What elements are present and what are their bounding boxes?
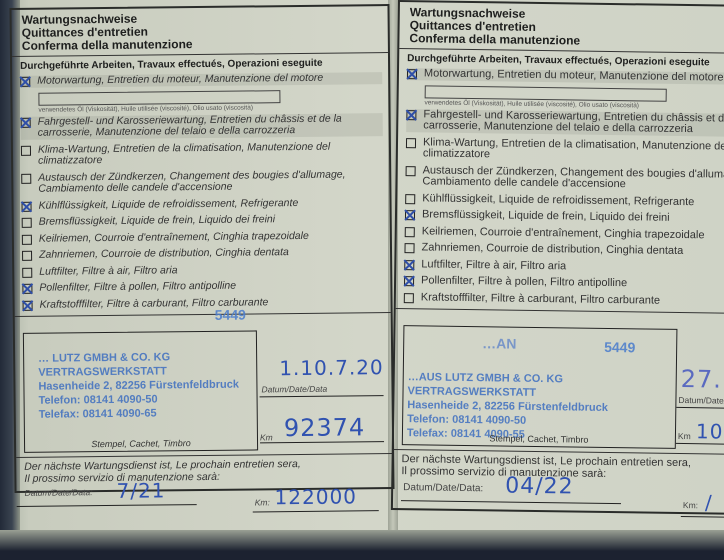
stamp-area: 5449 … LUTZ GMBH & CO. KG VERTRAGSWERKST…: [15, 312, 392, 457]
checked-checkbox[interactable]: [20, 77, 30, 87]
work-item: Kraftstofffilter, Filtre à carburant, Fi…: [23, 296, 385, 311]
stamp-caption: Stempel, Cachet, Timbro: [403, 432, 675, 446]
dealer-number: 5449: [215, 307, 246, 323]
checked-checkbox[interactable]: [21, 117, 31, 127]
next-km-value: /: [705, 490, 713, 514]
work-item-label: Luftfilter, Filtre à air, Filtro aria: [39, 265, 177, 278]
service-km-label: Km: [260, 432, 273, 442]
work-item-label: Fahrgestell- und Karosseriewartung, Entr…: [38, 113, 383, 140]
next-km-line: [681, 516, 724, 518]
work-item: Pollenfilter, Filtre à pollen, Filtro an…: [22, 279, 384, 294]
checkbox[interactable]: [406, 166, 416, 176]
checked-checkbox[interactable]: [23, 300, 33, 310]
work-item: Zahnriemen, Courroie de distribution, Ci…: [404, 242, 724, 258]
work-item-label: Bremsflüssigkeit, Liquide de frein, Liqu…: [422, 209, 670, 224]
work-item: Motorwartung, Entretien du moteur, Manut…: [407, 68, 724, 84]
next-date-label: Datum/Date/Data:: [403, 482, 483, 494]
stamp-header-fragment: …AN: [482, 335, 516, 351]
next-service: Der nächste Wartungsdienst ist, Le proch…: [16, 453, 393, 534]
next-service: Der nächste Wartungsdienst ist, Le proch…: [393, 449, 724, 531]
service-date-line: [676, 407, 724, 409]
next-date-value: 7/21: [116, 478, 165, 503]
work-item: Pollenfilter, Filtre à pollen, Filtro an…: [404, 275, 724, 291]
checkbox[interactable]: [406, 138, 416, 148]
stamp-line: Hasenheide 2, 82256 Fürstenfeldbruck: [38, 378, 239, 394]
checkbox[interactable]: [22, 267, 32, 277]
work-item: Klima-Wartung, Entretien de la climatisa…: [406, 137, 724, 165]
work-item-label: Austausch der Zündkerzen, Changement des…: [422, 165, 724, 193]
checkbox[interactable]: [404, 293, 414, 303]
work-item: Kühlflüssigkeit, Liquide de refroidissem…: [405, 193, 724, 209]
work-items: Motorwartung, Entretien du moteur, Manut…: [12, 72, 390, 311]
work-item: Keilriemen, Courroie d'entraînement, Cin…: [22, 230, 384, 245]
checked-checkbox[interactable]: [405, 210, 415, 220]
work-item: Austausch der Zündkerzen, Changement des…: [21, 169, 383, 196]
service-date-value: 1.10.7.20: [279, 355, 384, 380]
service-km-label: Km: [678, 431, 691, 441]
checked-checkbox[interactable]: [404, 260, 414, 270]
service-km-line: [676, 443, 724, 445]
stamp-box: … LUTZ GMBH & CO. KG VERTRAGSWERKSTATT H…: [23, 330, 258, 452]
stamp-area: …AN 5449 …AUS LUTZ GMBH & CO. KG VERTRAG…: [394, 308, 724, 454]
work-item-label: Kühlflüssigkeit, Liquide de refroidissem…: [38, 197, 298, 211]
work-item-label: Klima-Wartung, Entretien de la climatisa…: [423, 137, 724, 165]
work-item-label: Klima-Wartung, Entretien de la climatisa…: [38, 141, 383, 168]
work-item: Fahrgestell- und Karosseriewartung, Entr…: [21, 113, 383, 140]
next-km-line: [253, 510, 379, 512]
maintenance-record-left: Wartungsnachweise Quittances d'entretien…: [9, 4, 394, 493]
work-item-label: Fahrgestell- und Karosseriewartung, Entr…: [423, 109, 724, 137]
work-item-label: Kraftstofffilter, Filtre à carburant, Fi…: [421, 292, 660, 307]
checked-checkbox[interactable]: [407, 69, 417, 79]
work-item-label: Kühlflüssigkeit, Liquide de refroidissem…: [422, 193, 694, 208]
checked-checkbox[interactable]: [21, 201, 31, 211]
next-date-line: [401, 500, 621, 504]
page-edge-shadow: [0, 530, 724, 560]
oil-viscosity-field[interactable]: [38, 90, 280, 106]
checkbox[interactable]: [22, 251, 32, 261]
work-item-label: Keilriemen, Courroie d'entraînement, Cin…: [422, 226, 705, 241]
checkbox[interactable]: [405, 194, 415, 204]
service-date-value: 27.…: [681, 365, 724, 394]
service-date-label: Datum/Date/Data: [678, 395, 724, 406]
work-item-label: Zahnriemen, Courroie de distribution, Ci…: [421, 242, 683, 257]
stamp-line: Telefax: 08141 4090-65: [39, 406, 240, 422]
next-date-label: Datum/Date/Data:: [24, 487, 92, 498]
work-item-label: Motorwartung, Entretien du moteur, Manut…: [424, 68, 724, 84]
checkbox[interactable]: [21, 145, 31, 155]
dealer-stamp: … LUTZ GMBH & CO. KG VERTRAGSWERKSTATT H…: [38, 350, 239, 422]
service-date-label: Datum/Date/Data: [261, 384, 327, 395]
service-date-line: [260, 395, 384, 397]
checkbox[interactable]: [22, 234, 32, 244]
next-date-value: 04/22: [505, 474, 574, 500]
stamp-caption: Stempel, Cachet, Timbro: [25, 437, 257, 449]
checkbox[interactable]: [404, 243, 414, 253]
checkbox[interactable]: [22, 218, 32, 228]
work-item: Luftfilter, Filtre à air, Filtro aria: [22, 263, 384, 278]
work-items: Motorwartung, Entretien du moteur, Manut…: [396, 68, 724, 308]
work-done-title: Durchgeführte Arbeiten, Travaux effectué…: [12, 53, 388, 73]
checkbox[interactable]: [21, 173, 31, 183]
work-item: Bremsflüssigkeit, Liquide de frein, Liqu…: [22, 213, 384, 228]
service-km-line: [260, 441, 384, 443]
work-item-label: Keilriemen, Courroie d'entraînement, Cin…: [39, 230, 309, 244]
work-item-label: Motorwartung, Entretien du moteur, Manut…: [37, 73, 323, 87]
checkbox[interactable]: [405, 227, 415, 237]
checked-checkbox[interactable]: [406, 110, 416, 120]
next-km-value: 122000: [274, 484, 357, 509]
work-item-label: Pollenfilter, Filtre à pollen, Filtro an…: [39, 281, 236, 295]
next-service-text-2: Il prossimo servizio di manutenzione sar…: [24, 469, 384, 485]
dealer-number: 5449: [604, 339, 635, 355]
next-km-label: Km:: [255, 497, 270, 507]
next-km-label: Km:: [683, 500, 698, 510]
work-item: Keilriemen, Courroie d'entraînement, Cin…: [405, 226, 724, 242]
work-item: Fahrgestell- und Karosseriewartung, Entr…: [406, 109, 724, 137]
heading-it: Conferma della manutenzione: [22, 36, 380, 53]
work-item: Luftfilter, Filtre à air, Filtro aria: [404, 259, 724, 275]
work-item: Kühlflüssigkeit, Liquide de refroidissem…: [21, 197, 383, 212]
work-item: Austausch der Zündkerzen, Changement des…: [405, 165, 724, 193]
work-item: Bremsflüssigkeit, Liquide de frein, Liqu…: [405, 209, 724, 225]
record-heading: Wartungsnachweise Quittances d'entretien…: [399, 2, 724, 54]
service-km-value: 10…: [696, 419, 724, 444]
work-item: Klima-Wartung, Entretien de la climatisa…: [21, 141, 383, 168]
work-item: Zahnriemen, Courroie de distribution, Ci…: [22, 246, 384, 261]
work-item: Kraftstofffilter, Filtre à carburant, Fi…: [404, 292, 724, 308]
maintenance-record-right: Wartungsnachweise Quittances d'entretien…: [391, 0, 724, 515]
record-heading: Wartungsnachweise Quittances d'entretien…: [11, 6, 387, 57]
checked-checkbox[interactable]: [22, 284, 32, 294]
service-km-value: 92374: [284, 413, 366, 442]
work-item-label: Austausch der Zündkerzen, Changement des…: [38, 169, 383, 196]
next-date-line: [17, 504, 197, 507]
checked-checkbox[interactable]: [404, 276, 414, 286]
work-item-label: Bremsflüssigkeit, Liquide de frein, Liqu…: [39, 214, 275, 228]
work-item-label: Pollenfilter, Filtre à pollen, Filtro an…: [421, 275, 627, 289]
stamp-box: …AN 5449 …AUS LUTZ GMBH & CO. KG VERTRAG…: [402, 325, 678, 449]
work-item-label: Zahnriemen, Courroie de distribution, Ci…: [39, 247, 289, 261]
work-item-label: Luftfilter, Filtre à air, Filtro aria: [421, 259, 566, 273]
work-item: Motorwartung, Entretien du moteur, Manut…: [20, 72, 382, 87]
